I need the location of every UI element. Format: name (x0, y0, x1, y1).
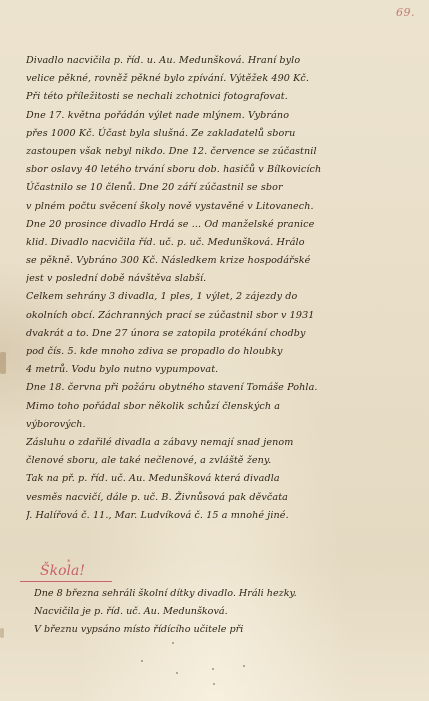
chronicle-page: 69. Divadlo nacvičila p. říd. u. Au. Med… (0, 0, 429, 701)
text-line: vesměs nacvičí, dále p. uč. B. Živnůsová… (26, 489, 416, 507)
text-line: Dne 18. června při požáru obytného stave… (26, 379, 416, 397)
text-line: Dne 17. května pořádán výlet nade mlýnem… (26, 107, 416, 125)
text-line: V březnu vypsáno místo řídícího učitele … (34, 621, 424, 639)
text-line: Nacvičila je p. říd. uč. Au. Medunšková. (34, 603, 424, 621)
text-line: Zásluhu o zdařilé divadla a zábavy nemaj… (26, 434, 416, 452)
text-line: pod čís. 5. kde mnoho zdiva se propadlo … (26, 343, 416, 361)
text-line: Dne 20 prosince divadlo Hrdá se ... Od m… (26, 216, 416, 234)
text-line: zastoupen však nebyl nikdo. Dne 12. červ… (26, 143, 416, 161)
heading-text: Škola! (40, 563, 85, 579)
text-line: členové sboru, ale také nečlenové, a zvl… (26, 452, 416, 470)
text-line: okolních obcí. Záchranných prací se zúča… (26, 307, 416, 325)
text-line: Tak na př. p. říd. uč. Au. Medunšková kt… (26, 470, 416, 488)
text-line: Celkem sehrány 3 divadla, 1 ples, 1 výle… (26, 288, 416, 306)
text-line: sbor oslavy 40 letého trvání sboru dob. … (26, 161, 416, 179)
school-section-heading: * Škola! (20, 561, 120, 587)
text-line: 4 metrů. Vodu bylo nutno vypumpovat. (26, 361, 416, 379)
text-line: v plném počtu svěcení školy nově vystavě… (26, 198, 416, 216)
heading-underline (20, 581, 112, 582)
paper-speck (176, 672, 178, 674)
paper-speck (141, 660, 143, 662)
paper-stain (0, 352, 6, 374)
paper-speck (172, 642, 174, 644)
paper-speck (213, 683, 215, 685)
text-line: jest v poslední době návštěva slabší. (26, 270, 416, 288)
text-line: klid. Divadlo nacvičila říd. uč. p. uč. … (26, 234, 416, 252)
text-line: velice pěkné, rovněž pěkné bylo zpívání.… (26, 70, 416, 88)
paper-speck (212, 668, 214, 670)
paper-speck (243, 665, 245, 667)
text-line: Při této příležitosti se nechali zchotni… (26, 88, 416, 106)
text-line: Dne 8 března sehráli školní dítky divadl… (34, 585, 424, 603)
text-line: Účastnilo se 10 členů. Dne 20 září zúčas… (26, 179, 416, 197)
text-line: výborových. (26, 416, 416, 434)
text-line: přes 1000 Kč. Účast byla slušná. Ze zakl… (26, 125, 416, 143)
school-section-text: Dne 8 března sehráli školní dítky divadl… (34, 585, 424, 640)
page-number: 69. (396, 6, 415, 19)
paper-stain (0, 628, 4, 638)
text-line: dvakrát a to. Dne 27 února se zatopila p… (26, 325, 416, 343)
chronicle-body-text: Divadlo nacvičila p. říd. u. Au. Medunšk… (26, 52, 416, 525)
text-line: Divadlo nacvičila p. říd. u. Au. Medunšk… (26, 52, 416, 70)
text-line: J. Halířová č. 11., Mar. Ludvíková č. 15… (26, 507, 416, 525)
text-line: Mimo toho pořádal sbor několik schůzí čl… (26, 398, 416, 416)
text-line: se pěkně. Vybráno 300 Kč. Následkem kriz… (26, 252, 416, 270)
